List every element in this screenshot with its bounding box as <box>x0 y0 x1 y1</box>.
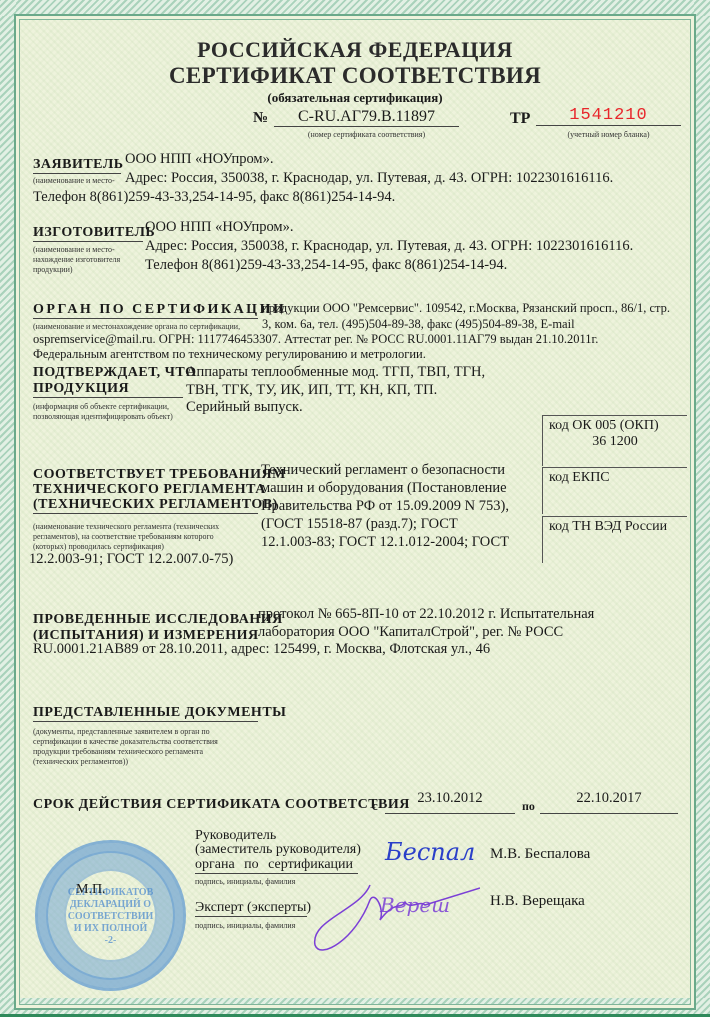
applicant-caption: (наименование и место- <box>33 176 115 186</box>
code-ekps-label: код ЕКПС <box>549 470 681 486</box>
validity-label: СРОК ДЕЙСТВИЯ СЕРТИФИКАТА СООТВЕТСТВИЯ <box>33 797 410 813</box>
country-heading: РОССИЙСКАЯ ФЕДЕРАЦИЯ <box>0 37 710 63</box>
manufacturer-caption-3: продукции) <box>33 265 73 275</box>
seal-line: СООТВЕТСТВИИ <box>38 911 183 923</box>
bottom-strip <box>0 1014 710 1024</box>
tests-label-1: ПРОВЕДЕННЫЕ ИССЛЕДОВАНИЯ <box>33 612 283 628</box>
validity-from-prefix: с <box>372 798 378 814</box>
documents-label: ПРЕДСТАВЛЕННЫЕ ДОКУМЕНТЫ <box>33 705 258 722</box>
documents-caption-1: (документы, представленные заявителем в … <box>33 727 210 737</box>
code-box-okp: код ОК 005 (ОКП) 36 1200 <box>542 415 687 466</box>
requirements-line-6: 12.2.003-91; ГОСТ 12.2.007.0-75) <box>29 550 233 569</box>
certificate-number: C-RU.АГ79.В.11897 <box>274 108 459 127</box>
head-caption: подпись, инициалы, фамилия <box>195 877 295 887</box>
requirements-caption-2: регламентов), на соответствие требования… <box>33 532 214 542</box>
seal-line: -2- <box>38 935 183 947</box>
expert-signature-scribble <box>300 880 480 960</box>
validity-to-prefix: по <box>522 799 535 814</box>
code-tnved-label: код ТН ВЭД России <box>549 519 681 535</box>
head-label-3: органа по сертификации <box>195 857 358 874</box>
cert-body-line-2: 3, ком. 6а, тел. (495)504-89-38, факс (4… <box>262 317 575 332</box>
requirements-label-3: (ТЕХНИЧЕСКИХ РЕГЛАМЕНТОВ) <box>33 497 258 514</box>
expert-caption: подпись, инициалы, фамилия <box>195 921 295 931</box>
code-box-tnved: код ТН ВЭД России <box>542 516 687 563</box>
cert-body-caption: (наименование и местонахождение органа п… <box>33 322 240 332</box>
head-signature: Беспал <box>385 838 475 866</box>
seal-line: И ИХ ПОЛНОЙ <box>38 923 183 935</box>
requirements-line-4: (ГОСТ 15518-87 (разд.7); ГОСТ <box>261 515 458 534</box>
applicant-label: ЗАЯВИТЕЛЬ <box>33 157 121 174</box>
seal-line: СЕРТИФИКАТОВ <box>38 887 183 899</box>
code-box-ekps: код ЕКПС <box>542 467 687 514</box>
head-name: М.В. Беспалова <box>490 846 590 863</box>
tr-prefix: ТР <box>510 110 530 128</box>
documents-caption-2: сертификации в качестве доказательства с… <box>33 737 218 747</box>
head-label-1: Руководитель <box>195 829 276 843</box>
code-okp-label: код ОК 005 (ОКП) <box>549 418 681 434</box>
requirements-line-2: машин и оборудования (Постановление <box>261 479 507 498</box>
seal-text: СЕРТИФИКАТОВ ДЕКЛАРАЦИЙ О СООТВЕТСТВИИ И… <box>38 887 183 947</box>
manufacturer-label: ИЗГОТОВИТЕЛЬ <box>33 225 143 242</box>
tr-number: 1541210 <box>536 106 681 126</box>
page-title: СЕРТИФИКАТ СООТВЕТСТВИЯ <box>0 63 710 89</box>
stamp-label: М.П. <box>76 882 106 898</box>
product-label-2: ПРОДУКЦИЯ <box>33 381 183 398</box>
validity-to-date: 22.10.2017 <box>540 790 678 814</box>
expert-name: Н.В. Верещака <box>490 893 585 910</box>
certificate-number-caption: (номер сертификата соответствия) <box>274 130 459 140</box>
cert-body-label: ОРГАН ПО СЕРТИФИКАЦИИ <box>33 302 258 319</box>
product-caption-1: (информация об объекте сертификации, <box>33 402 169 412</box>
seal-line: ДЕКЛАРАЦИЙ О <box>38 899 183 911</box>
product-label-1: ПОДТВЕРЖДАЕТ, ЧТО <box>33 365 196 381</box>
applicant-address: Адрес: Россия, 350038, г. Краснодар, ул.… <box>125 169 613 188</box>
expert-label: Эксперт (эксперты) <box>195 900 307 917</box>
requirements-line-1: Технический регламент о безопасности <box>261 461 505 480</box>
seal-stamp: СЕРТИФИКАТОВ ДЕКЛАРАЦИЙ О СООТВЕТСТВИИ И… <box>35 840 186 991</box>
tr-number-caption: (учетный номер бланка) <box>536 130 681 140</box>
cert-body-line-4: Федеральным агентством по техническому р… <box>33 347 426 362</box>
requirements-line-5: 12.1.003-83; ГОСТ 12.1.012-2004; ГОСТ <box>261 533 509 552</box>
subtitle: (обязательная сертификация) <box>0 90 710 106</box>
cert-body-line-1: продукции ООО "Ремсервис". 109542, г.Мос… <box>262 301 670 316</box>
code-okp-value: 36 1200 <box>549 434 681 450</box>
validity-from-date: 23.10.2012 <box>385 790 515 814</box>
requirements-line-3: Правительства РФ от 15.09.2009 N 753), <box>261 497 509 516</box>
applicant-phone: Телефон 8(861)259-43-33,254-14-95, факс … <box>33 188 395 207</box>
manufacturer-name: ООО НПП «НОУпром». <box>145 218 293 237</box>
requirements-label-2: ТЕХНИЧЕСКОГО РЕГЛАМЕНТА <box>33 482 266 498</box>
product-caption-2: позволяющая идентифицировать объект) <box>33 412 173 422</box>
requirements-label-1: СООТВЕТСТВУЕТ ТРЕБОВАНИЯМ <box>33 467 286 483</box>
tests-line-1: протокол № 665-8П-10 от 22.10.2012 г. Ис… <box>258 605 594 624</box>
documents-caption-4: (технических регламентов)) <box>33 757 128 767</box>
expert-signature: Вереш <box>380 893 450 917</box>
tests-line-3: RU.0001.21АВ89 от 28.10.2011, адрес: 125… <box>33 640 490 659</box>
product-line-3: Серийный выпуск. <box>186 398 303 417</box>
manufacturer-address: Адрес: Россия, 350038, г. Краснодар, ул.… <box>145 237 633 256</box>
product-line-1: Аппараты теплообменные мод. ТГП, ТВП, ТГ… <box>186 363 485 382</box>
manufacturer-phone: Телефон 8(861)259-43-33,254-14-95, факс … <box>145 256 507 275</box>
documents-caption-3: продукции требованиям технического регла… <box>33 747 203 757</box>
head-label-2: (заместитель руководителя) <box>195 843 361 857</box>
requirements-caption-1: (наименование технического регламента (т… <box>33 522 219 532</box>
manufacturer-caption-1: (наименование и место- <box>33 245 115 255</box>
manufacturer-caption-2: нахождение изготовителя <box>33 255 120 265</box>
number-prefix: № <box>253 110 268 127</box>
applicant-name: ООО НПП «НОУпром». <box>125 150 273 169</box>
cert-body-line-3: osprеmservice@mail.ru. ОГРН: 11177464533… <box>33 332 598 347</box>
